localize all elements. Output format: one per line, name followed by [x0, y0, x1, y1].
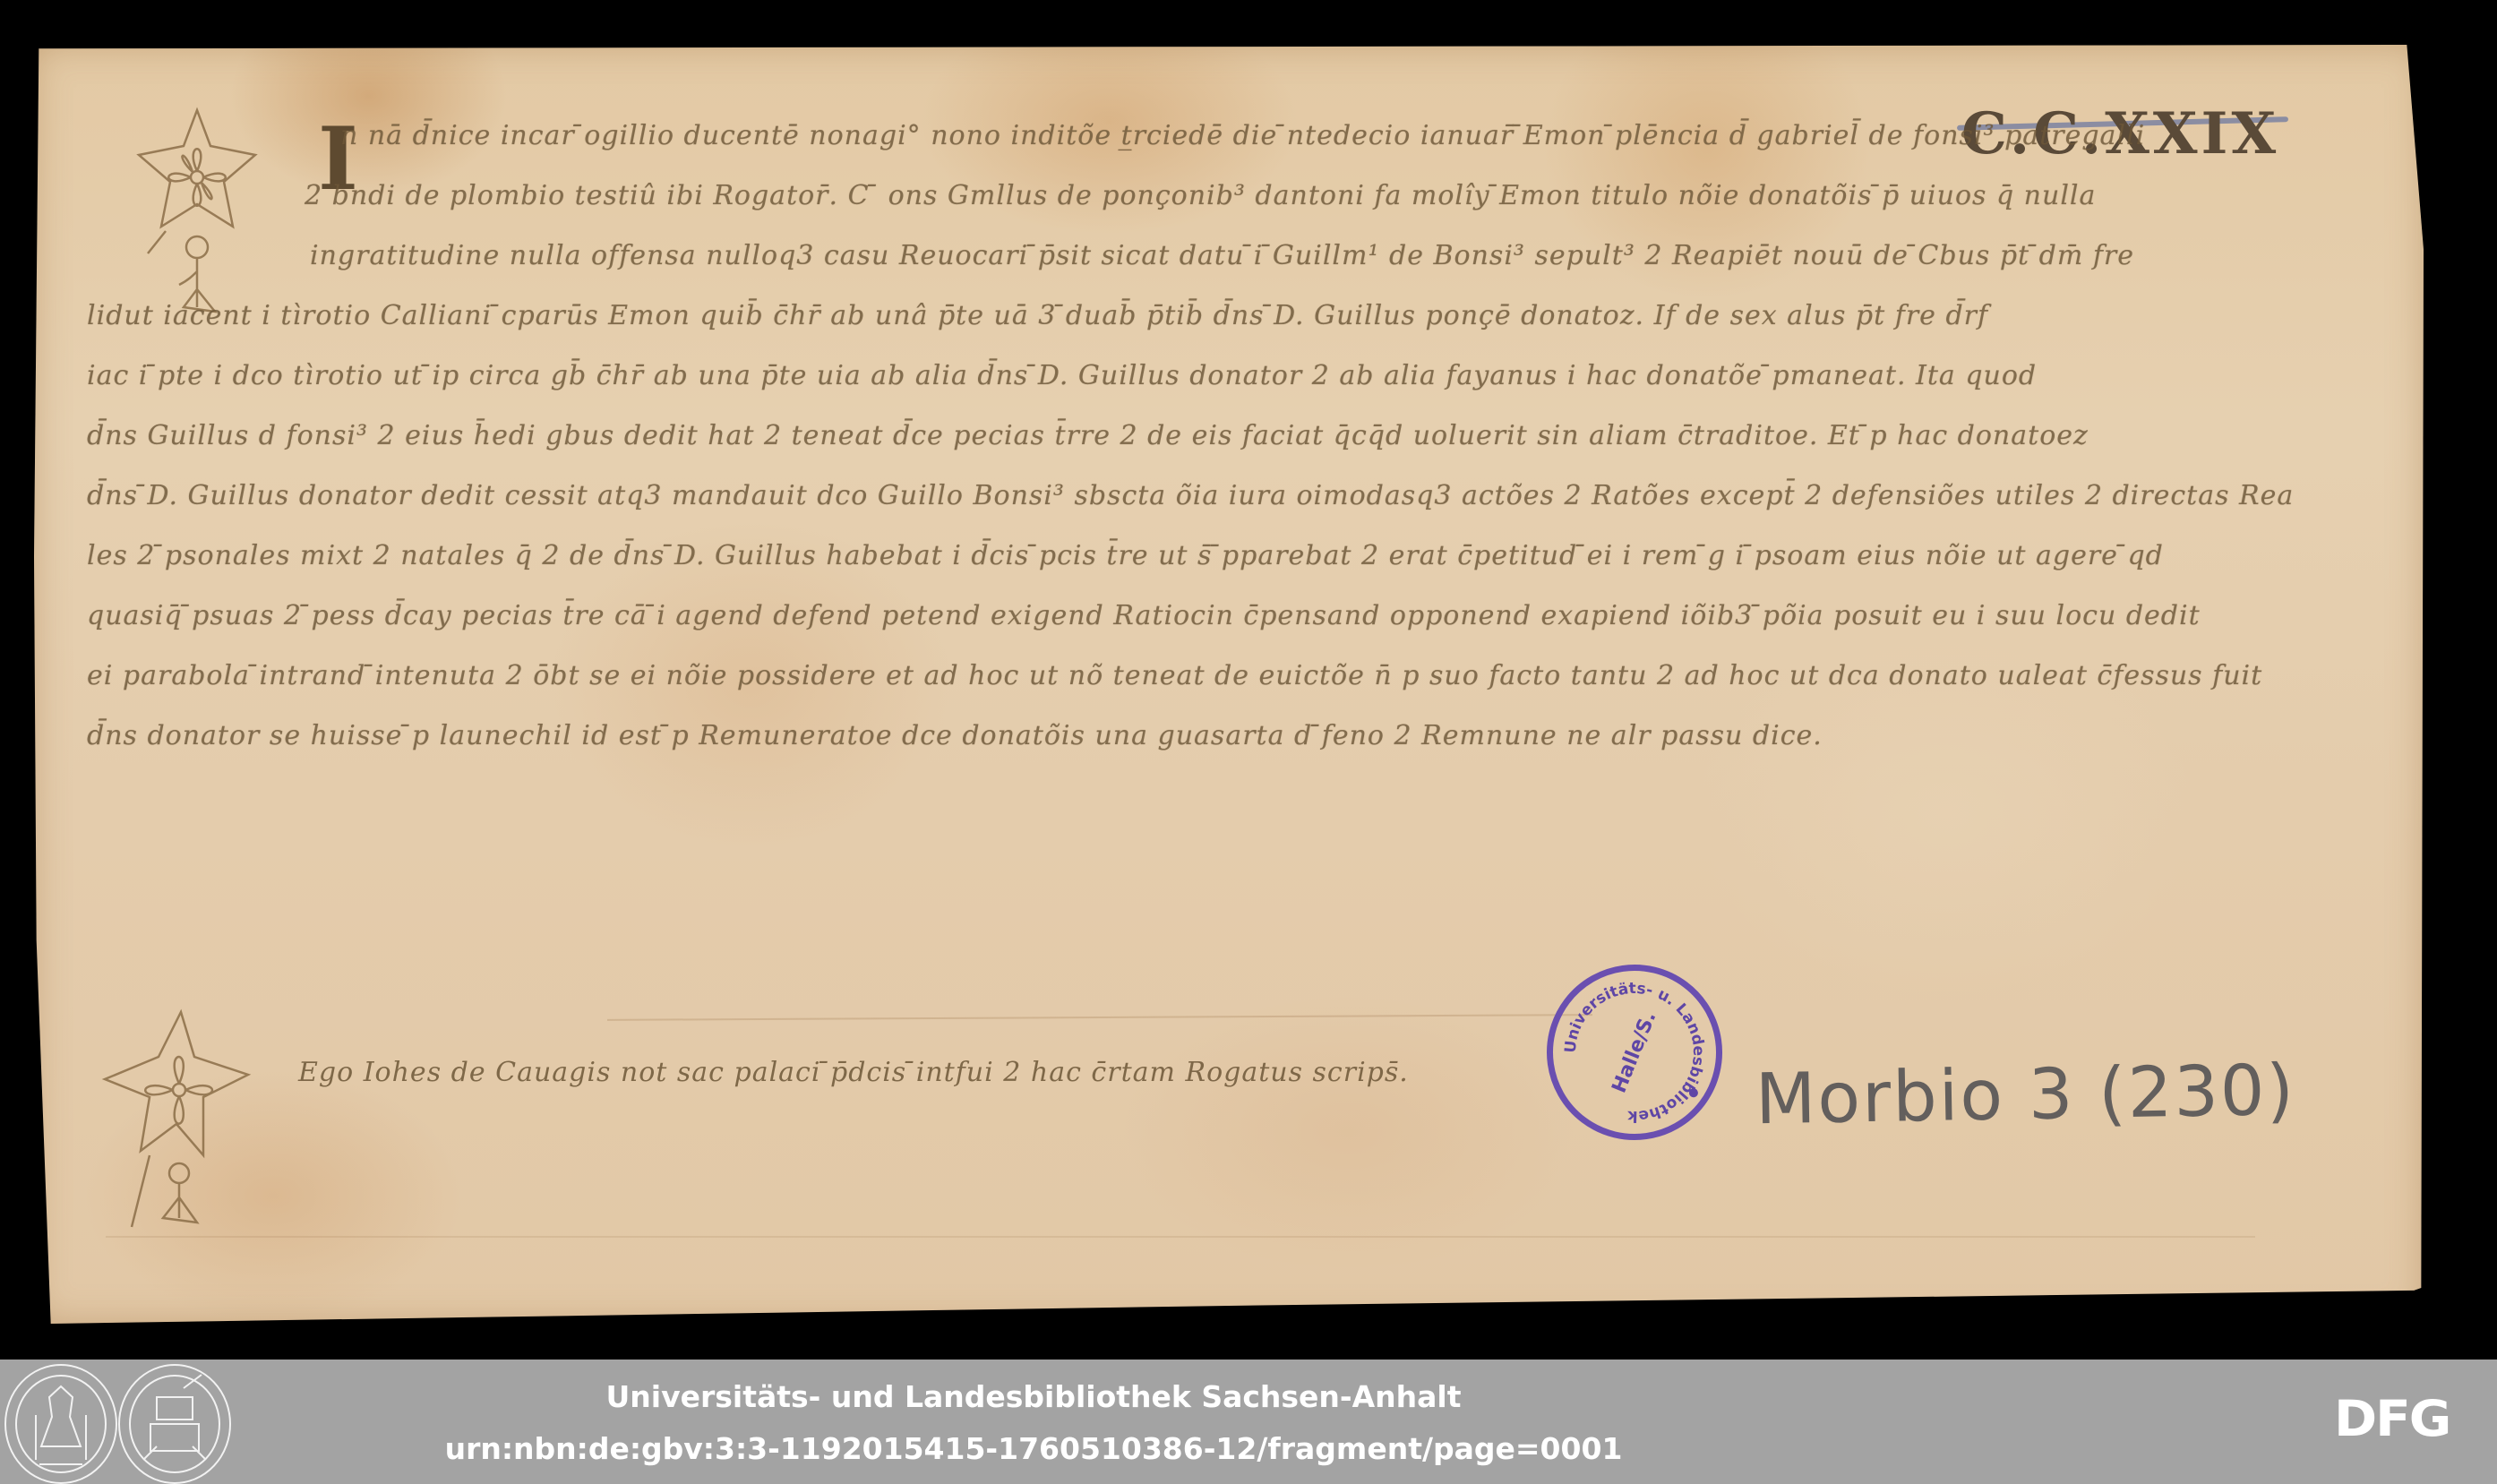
manuscript-line: d̄ns ̄D. Guillus donator dedit cessit at…: [87, 466, 2411, 526]
pencil-annotation: Morbio 3 (230): [1755, 1051, 2295, 1141]
manuscript-line: quasiq̄ ̄psuas 2 ̄pess d̄cay pecias t̄re…: [87, 586, 2411, 646]
manuscript-line: n nā d̄nice incar ̄ogillio ducentē nonag…: [297, 106, 2411, 166]
scan-viewport: I C.C.XXIX n nā d̄nice incar ̄ogillio du…: [0, 0, 2497, 1360]
manuscript-line: iac i ̄pte i dco tìrotio ut ̄ip circa gb…: [87, 346, 2411, 406]
manuscript-line: ingratitudine nulla offensa nulloq3 casu…: [297, 226, 2411, 286]
urn-identifier[interactable]: urn:nbn:de:gbv:3:3-1192015415-1760510386…: [0, 1431, 2497, 1466]
fold-line: [607, 1014, 1592, 1021]
notary-subscription: Ego Iohes de Cauagis not sac palaci ̄p̄d…: [298, 1057, 1409, 1088]
manuscript-line: lidut iacent i tìrotio Calliani ̄cparūs…: [87, 286, 2411, 346]
manuscript-line: les 2 ̄psonales mixt 2 natales q̄ 2 de d…: [87, 526, 2411, 586]
fold-line: [106, 1236, 2255, 1238]
manuscript-line: ei parabola ̄intrand ̄intenuta 2 ōbt se…: [87, 646, 2411, 706]
library-stamp: Universitäts- u. Landesbibliothek Halle/…: [1535, 953, 1733, 1151]
notary-signum-icon: [100, 1008, 257, 1231]
institution-name: Universitäts- und Landesbibliothek Sachs…: [0, 1379, 2497, 1414]
manuscript-line: d̄ns Guillus d fonsi³ 2 eius h̄edi gbus …: [87, 406, 2411, 466]
dfg-logo[interactable]: DFG: [2334, 1390, 2450, 1448]
charter-text: n nā d̄nice incar ̄ogillio ducentē nonag…: [297, 106, 2411, 766]
footer-bar: Universitäts- und Landesbibliothek Sachs…: [0, 1360, 2497, 1484]
manuscript-line: 2 bndi de plombio testiû ibi Rogator̄. C…: [297, 166, 2411, 226]
manuscript-line: d̄ns donator se huisse ̄p launechil id e…: [87, 706, 2411, 766]
